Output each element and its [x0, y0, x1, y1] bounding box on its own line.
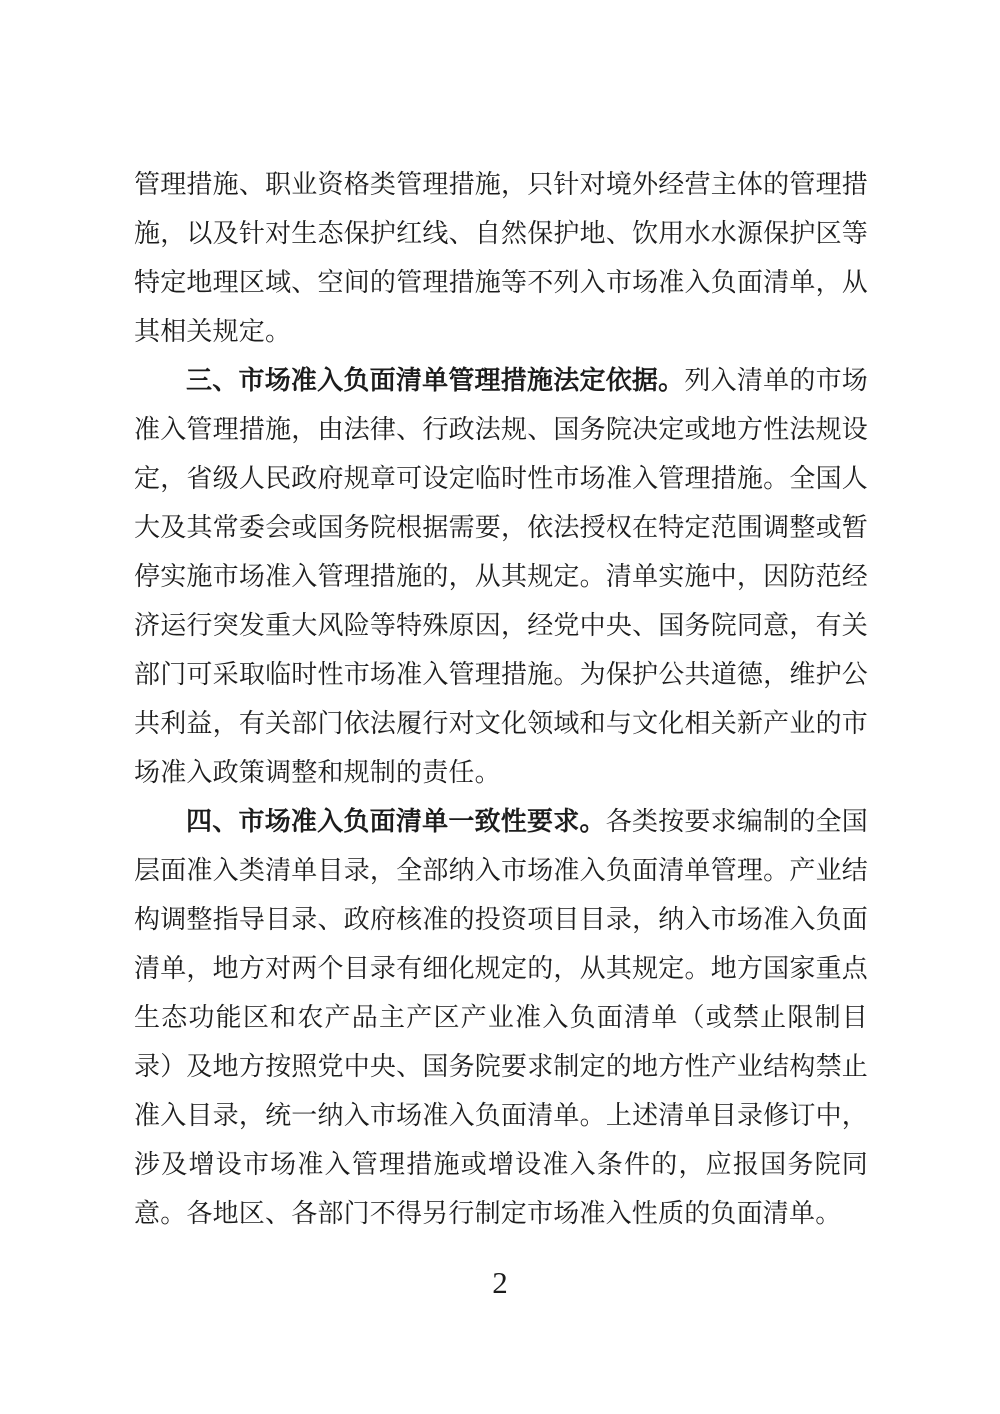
paragraph-continuation: 管理措施、职业资格类管理措施，只针对境外经营主体的管理措施，以及针对生态保护红线…: [134, 160, 868, 356]
paragraph-section-4: 四、市场准入负面清单一致性要求。各类按要求编制的全国层面准入类清单目录，全部纳入…: [134, 797, 868, 1238]
section-heading: 三、市场准入负面清单管理措施法定依据。: [186, 365, 684, 395]
paragraph-text: 各类按要求编制的全国层面准入类清单目录，全部纳入市场准入负面清单管理。产业结构调…: [134, 807, 868, 1228]
section-heading: 四、市场准入负面清单一致性要求。: [186, 806, 606, 836]
paragraph-section-3: 三、市场准入负面清单管理措施法定依据。列入清单的市场准入管理措施，由法律、行政法…: [134, 356, 868, 797]
paragraph-text: 管理措施、职业资格类管理措施，只针对境外经营主体的管理措施，以及针对生态保护红线…: [134, 170, 868, 346]
page-number: 2: [0, 1263, 1000, 1303]
document-body: 管理措施、职业资格类管理措施，只针对境外经营主体的管理措施，以及针对生态保护红线…: [134, 160, 868, 1238]
document-page: 管理措施、职业资格类管理措施，只针对境外经营主体的管理措施，以及针对生态保护红线…: [0, 0, 1000, 1414]
paragraph-text: 列入清单的市场准入管理措施，由法律、行政法规、国务院决定或地方性法规设定，省级人…: [134, 366, 868, 787]
